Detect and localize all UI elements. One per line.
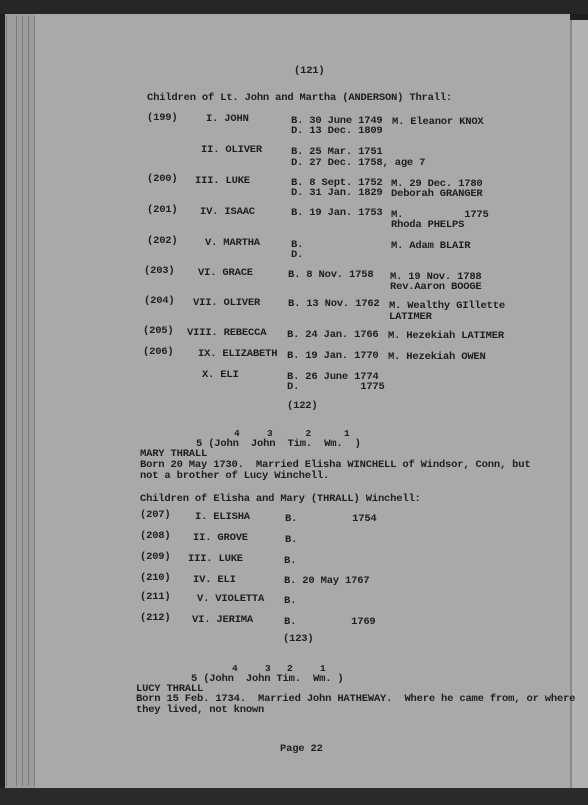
generation-line: 5 (John John Tim. Wm. ) (191, 674, 344, 685)
section-heading: Children of Elisha and Mary (THRALL) Win… (140, 494, 421, 505)
child-name: V. MARTHA (205, 238, 260, 249)
birth-date: B. (285, 535, 297, 546)
birth-date: B. 8 Nov. 1758 (288, 270, 373, 281)
birth-date: B. 1769 (284, 617, 376, 628)
next-page-edge (570, 20, 588, 788)
page-edge-line (34, 16, 35, 786)
page-edge-stack (5, 14, 35, 788)
child-name: V. VIOLETTA (197, 594, 264, 605)
generation-line: 5 (John John Tim. Wm. ) (196, 439, 361, 450)
record-number: (207) (140, 510, 171, 521)
birth-date: B. 19 Jan. 1770 (287, 351, 379, 362)
death-date: D. 1775 (287, 382, 385, 393)
child-name: IV. ELI (193, 575, 236, 586)
birth-date: B. (284, 596, 296, 607)
child-name: VIII. REBECCA (187, 328, 266, 339)
child-name: IX. ELIZABETH (198, 349, 277, 360)
page-edge-line (16, 16, 17, 786)
marriage: M. Eleanor KNOX (392, 117, 484, 128)
page-footer: Page 22 (280, 744, 323, 755)
birth-date: B. (284, 556, 296, 567)
spouse: Rev.Aaron BOOGE (390, 282, 482, 293)
record-number: (211) (140, 592, 171, 603)
birth-date: B. 19 Jan. 1753 (291, 208, 383, 219)
death-date: D. 13 Dec. 1809 (291, 126, 383, 137)
record-number: (204) (144, 296, 175, 307)
child-name: I. JOHN (206, 114, 249, 125)
spouse: LATIMER (389, 312, 432, 323)
record-number: (212) (140, 613, 171, 624)
child-name: II. GROVE (193, 533, 248, 544)
child-name: III. LUKE (195, 176, 250, 187)
child-name: III. LUKE (188, 554, 243, 565)
marriage: M. Hezekiah LATIMER (388, 331, 504, 342)
biography-line: they lived, not known (136, 705, 264, 716)
record-number: (199) (147, 113, 178, 124)
child-name: II. OLIVER (201, 145, 262, 156)
child-name: IV. ISAAC (200, 207, 255, 218)
page-edge-line (22, 16, 23, 786)
birth-date: B. 24 Jan. 1766 (287, 330, 379, 341)
child-name: VI. JERIMA (192, 615, 253, 626)
child-name: I. ELISHA (195, 512, 250, 523)
record-number: (208) (140, 531, 171, 542)
death-date: D. 31 Jan. 1829 (291, 188, 383, 199)
record-number: (205) (143, 326, 174, 337)
biography-line: not a brother of Lucy Winchell. (140, 471, 329, 482)
page-number-123: (123) (283, 634, 314, 645)
birth-date: B. 20 May 1767 (284, 576, 369, 587)
page-number-122: (122) (287, 401, 318, 412)
marriage: M. Adam BLAIR (391, 241, 470, 252)
child-name: VI. GRACE (198, 268, 253, 279)
page-edge-line (28, 16, 29, 786)
page-number-121: (121) (294, 66, 325, 77)
marriage: M. Hezekiah OWEN (388, 352, 486, 363)
record-number: (206) (143, 347, 174, 358)
spouse: Deborah GRANGER (391, 189, 483, 200)
record-number: (203) (144, 266, 175, 277)
record-number: (202) (147, 236, 178, 247)
birth-date: B. 1754 (285, 514, 377, 525)
record-number: (209) (140, 552, 171, 563)
record-number: (201) (147, 205, 178, 216)
child-name: X. ELI (202, 370, 239, 381)
spouse: Rhoda PHELPS (391, 220, 464, 231)
death-date: D. 27 Dec. 1758, age 7 (291, 158, 425, 169)
section-heading: Children of Lt. John and Martha (ANDERSO… (147, 93, 452, 104)
scan-bottom-border (0, 788, 588, 805)
record-number: (200) (147, 174, 178, 185)
child-name: VII. OLIVER (193, 298, 260, 309)
page-edge-line (6, 16, 7, 786)
death-date: D. (291, 250, 303, 261)
record-number: (210) (140, 573, 171, 584)
scan-top-border (0, 0, 588, 14)
birth-date: B. 13 Nov. 1762 (288, 299, 380, 310)
